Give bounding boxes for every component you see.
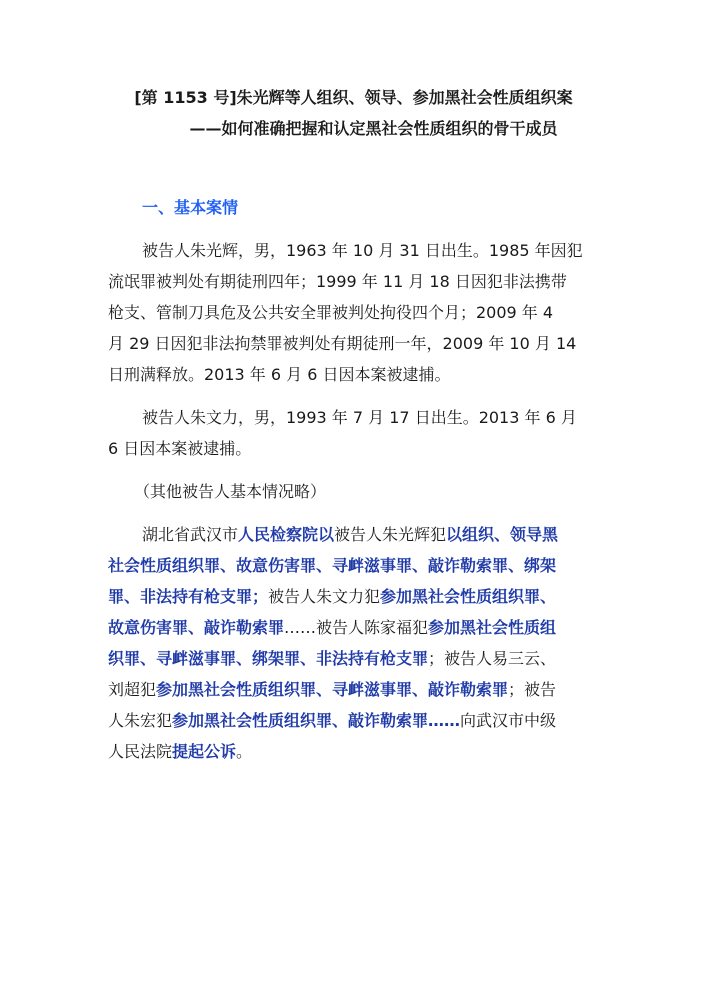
section-heading-basic-facts: 一、基本案情 <box>142 197 238 219</box>
text-line: 人民法院提起公诉。 <box>108 736 602 767</box>
text-span: 人朱宏犯 <box>108 711 172 730</box>
text-line: 被告人朱文力，男，1993 年 7 月 17 日出生。2013 年 6 月 <box>108 402 602 433</box>
document-title: [第 1153 号]朱光辉等人组织、领导、参加黑社会性质组织案 ——如何准确把握… <box>0 88 707 139</box>
text-line: 故意伤害罪、敲诈勒索罪……被告人陈家福犯参加黑社会性质组 <box>108 612 602 643</box>
highlight-span: 以组织、领导黑 <box>446 525 558 544</box>
text-line: 刘超犯参加黑社会性质组织罪、寻衅滋事罪、敲诈勒索罪；被告 <box>108 674 602 705</box>
text-span: 湖北省武汉市 <box>142 525 238 544</box>
text-line: （其他被告人基本情况略） <box>108 476 602 507</box>
highlight-span: 人民检察院以 <box>238 525 334 544</box>
text-line: 罪、非法持有枪支罪；被告人朱文力犯参加黑社会性质组织罪、 <box>108 581 602 612</box>
highlight-span: 故意伤害罪、敲诈勒索罪 <box>108 618 284 637</box>
text-span: ；被告人易三云、 <box>428 649 556 668</box>
highlight-span: 参加黑社会性质组织罪、敲诈勒索罪…… <box>172 711 460 730</box>
text-line: 被告人朱光辉，男，1963 年 10 月 31 日出生。1985 年因犯 <box>108 235 602 266</box>
document-body: 被告人朱光辉，男，1963 年 10 月 31 日出生。1985 年因犯 流氓罪… <box>108 235 602 767</box>
text-span: 被告人朱文力犯 <box>268 587 380 606</box>
highlight-span: 提起公诉 <box>172 742 236 761</box>
document-page: [第 1153 号]朱光辉等人组织、领导、参加黑社会性质组织案 ——如何准确把握… <box>0 0 707 999</box>
text-line: 枪支、管制刀具危及公共安全罪被判处拘役四个月；2009 年 4 <box>108 297 602 328</box>
highlight-span: 参加黑社会性质组织罪、寻衅滋事罪、敲诈勒索罪 <box>156 680 508 699</box>
highlight-span: 参加黑社会性质组 <box>428 618 556 637</box>
text-line: 社会性质组织罪、故意伤害罪、寻衅滋事罪、敲诈勒索罪、绑架 <box>108 550 602 581</box>
text-span: 向武汉市中级 <box>460 711 556 730</box>
text-line: 湖北省武汉市人民检察院以被告人朱光辉犯以组织、领导黑 <box>108 519 602 550</box>
text-span: 刘超犯 <box>108 680 156 699</box>
text-span: 人民法院 <box>108 742 172 761</box>
paragraph-defendant-zhu-guanghui: 被告人朱光辉，男，1963 年 10 月 31 日出生。1985 年因犯 流氓罪… <box>108 235 602 390</box>
highlight-span: 罪、非法持有枪支罪； <box>108 587 268 606</box>
paragraph-defendant-zhu-wenli: 被告人朱文力，男，1993 年 7 月 17 日出生。2013 年 6 月 6 … <box>108 402 602 464</box>
paragraph-prosecution: 湖北省武汉市人民检察院以被告人朱光辉犯以组织、领导黑 社会性质组织罪、故意伤害罪… <box>108 519 602 767</box>
text-line: 织罪、寻衅滋事罪、绑架罪、非法持有枪支罪；被告人易三云、 <box>108 643 602 674</box>
text-line: 人朱宏犯参加黑社会性质组织罪、敲诈勒索罪……向武汉市中级 <box>108 705 602 736</box>
paragraph-other-defendants-note: （其他被告人基本情况略） <box>108 476 602 507</box>
text-line: 日刑满释放。2013 年 6 月 6 日因本案被逮捕。 <box>108 359 602 390</box>
text-span: 。 <box>236 742 252 761</box>
title-main: [第 1153 号]朱光辉等人组织、领导、参加黑社会性质组织案 <box>0 88 707 108</box>
highlight-span: 参加黑社会性质组织罪、 <box>380 587 556 606</box>
text-line: 6 日因本案被逮捕。 <box>108 433 602 464</box>
text-span: ；被告 <box>508 680 556 699</box>
text-line: 月 29 日因犯非法拘禁罪被判处有期徒刑一年，2009 年 10 月 14 <box>108 328 602 359</box>
highlight-span: 织罪、寻衅滋事罪、绑架罪、非法持有枪支罪 <box>108 649 428 668</box>
text-span: ……被告人陈家福犯 <box>284 618 428 637</box>
text-line: 流氓罪被判处有期徒刑四年；1999 年 11 月 18 日因犯非法携带 <box>108 266 602 297</box>
highlight-span: 社会性质组织罪、故意伤害罪、寻衅滋事罪、敲诈勒索罪、绑架 <box>108 556 556 575</box>
text-span: 被告人朱光辉犯 <box>334 525 446 544</box>
title-subtitle: ——如何准确把握和认定黑社会性质组织的骨干成员 <box>0 119 707 139</box>
